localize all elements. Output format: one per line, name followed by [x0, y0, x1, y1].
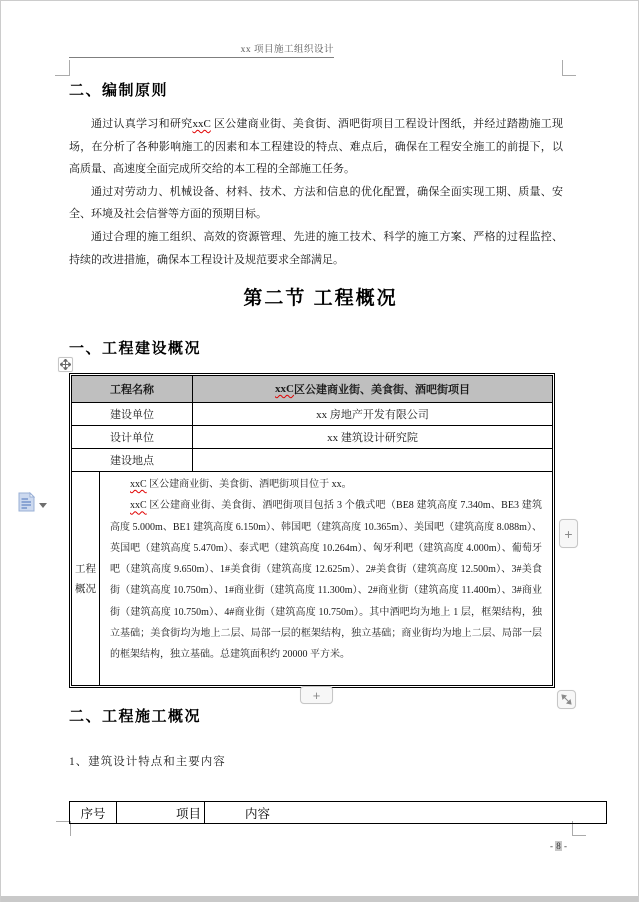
table-add-row-button[interactable]: +: [300, 686, 333, 704]
table-row-overview: 工程 概况 xxC 区公建商业街、美食街、酒吧街项目位于 xx。 xxC 区公建…: [72, 472, 552, 685]
table-row: 工程名称 xxC 区公建商业街、美食街、酒吧街项目: [72, 376, 552, 403]
plus-icon: +: [313, 688, 321, 703]
overview-content[interactable]: xxC 区公建商业街、美食街、酒吧街项目位于 xx。 xxC 区公建商业街、美食…: [100, 472, 552, 685]
label-line: 概况: [75, 581, 96, 596]
paragraph: 通过对劳动力、机械设备、材料、技术、方法和信息的优化配置，确保全面实现工期、质量…: [69, 181, 563, 226]
row-label[interactable]: 工程名称: [72, 376, 193, 402]
header-title: xx 项目施工组织设计: [241, 45, 334, 55]
row-label[interactable]: 建设地点: [72, 449, 193, 471]
crop-mark-bottom-right: [572, 835, 586, 836]
heading-principles: 二、编制原则: [69, 79, 168, 100]
drag-move-icon: [60, 359, 71, 370]
content-table: 序号 项目 内容: [69, 801, 607, 824]
table-move-handle[interactable]: [58, 357, 73, 372]
row-value[interactable]: xx 房地产开发有限公司: [193, 403, 552, 425]
resize-diagonal-icon: [560, 693, 573, 706]
paste-options-button[interactable]: [18, 492, 35, 512]
row-value[interactable]: [193, 449, 552, 471]
row-value[interactable]: xx 建筑设计研究院: [193, 426, 552, 448]
paragraph: 通过合理的施工组织、高效的资源管理、先进的施工技术、科学的施工方案、严格的过程监…: [69, 226, 563, 271]
paste-options-icon: [18, 492, 35, 512]
principles-paragraphs: 通过认真学习和研究xxC 区公建商业街、美食街、酒吧街项目工程设计图纸，并经过踏…: [69, 113, 563, 271]
column-header-content[interactable]: 内容: [205, 802, 606, 823]
document-page: xx 项目施工组织设计 二、编制原则 通过认真学习和研究xxC 区公建商业街、美…: [0, 0, 639, 902]
page-number: - 8 -: [541, 831, 567, 861]
paragraph: xxC 区公建商业街、美食街、酒吧街项目位于 xx。: [110, 474, 542, 495]
crop-mark-top-left: [69, 60, 70, 76]
paragraph: 通过认真学习和研究xxC 区公建商业街、美食街、酒吧街项目工程设计图纸，并经过踏…: [69, 113, 563, 181]
column-header-seq[interactable]: 序号: [70, 802, 117, 823]
column-header-item[interactable]: 项目: [117, 802, 205, 823]
row-label[interactable]: 设计单位: [72, 426, 193, 448]
label-line: 工程: [75, 561, 96, 576]
row-label[interactable]: 建设单位: [72, 403, 193, 425]
table-row: 建设地点: [72, 449, 552, 472]
crop-mark-top-right: [562, 75, 576, 76]
paragraph: xxC 区公建商业街、美食街、酒吧街项目包括 3 个俄式吧（BE8 建筑高度 7…: [110, 495, 542, 665]
row-label-overview[interactable]: 工程 概况: [72, 472, 100, 685]
crop-mark-top-left: [55, 75, 70, 76]
page-number-dash: -: [562, 841, 567, 851]
heading-construction-overview: 二、工程施工概况: [69, 705, 201, 726]
table-resize-handle[interactable]: [557, 690, 576, 709]
row-value[interactable]: xxC 区公建商业街、美食街、酒吧街项目: [193, 376, 552, 402]
table-row: 设计单位 xx 建筑设计研究院: [72, 426, 552, 449]
plus-icon: +: [564, 526, 572, 542]
project-info-table: 工程名称 xxC 区公建商业街、美食街、酒吧街项目 建设单位 xx 房地产开发有…: [69, 373, 555, 688]
table-add-column-button[interactable]: +: [559, 519, 578, 548]
heading-build-overview: 一、工程建设概况: [69, 337, 201, 358]
table-row: 建设单位 xx 房地产开发有限公司: [72, 403, 552, 426]
running-header: xx 项目施工组织设计: [69, 41, 334, 58]
chevron-down-icon[interactable]: [39, 503, 47, 508]
list-item-design-features: 1、建筑设计特点和主要内容: [69, 753, 226, 769]
section-title: 第二节 工程概况: [1, 283, 639, 310]
page-edge: [1, 896, 639, 902]
crop-mark-top-right: [562, 60, 563, 76]
